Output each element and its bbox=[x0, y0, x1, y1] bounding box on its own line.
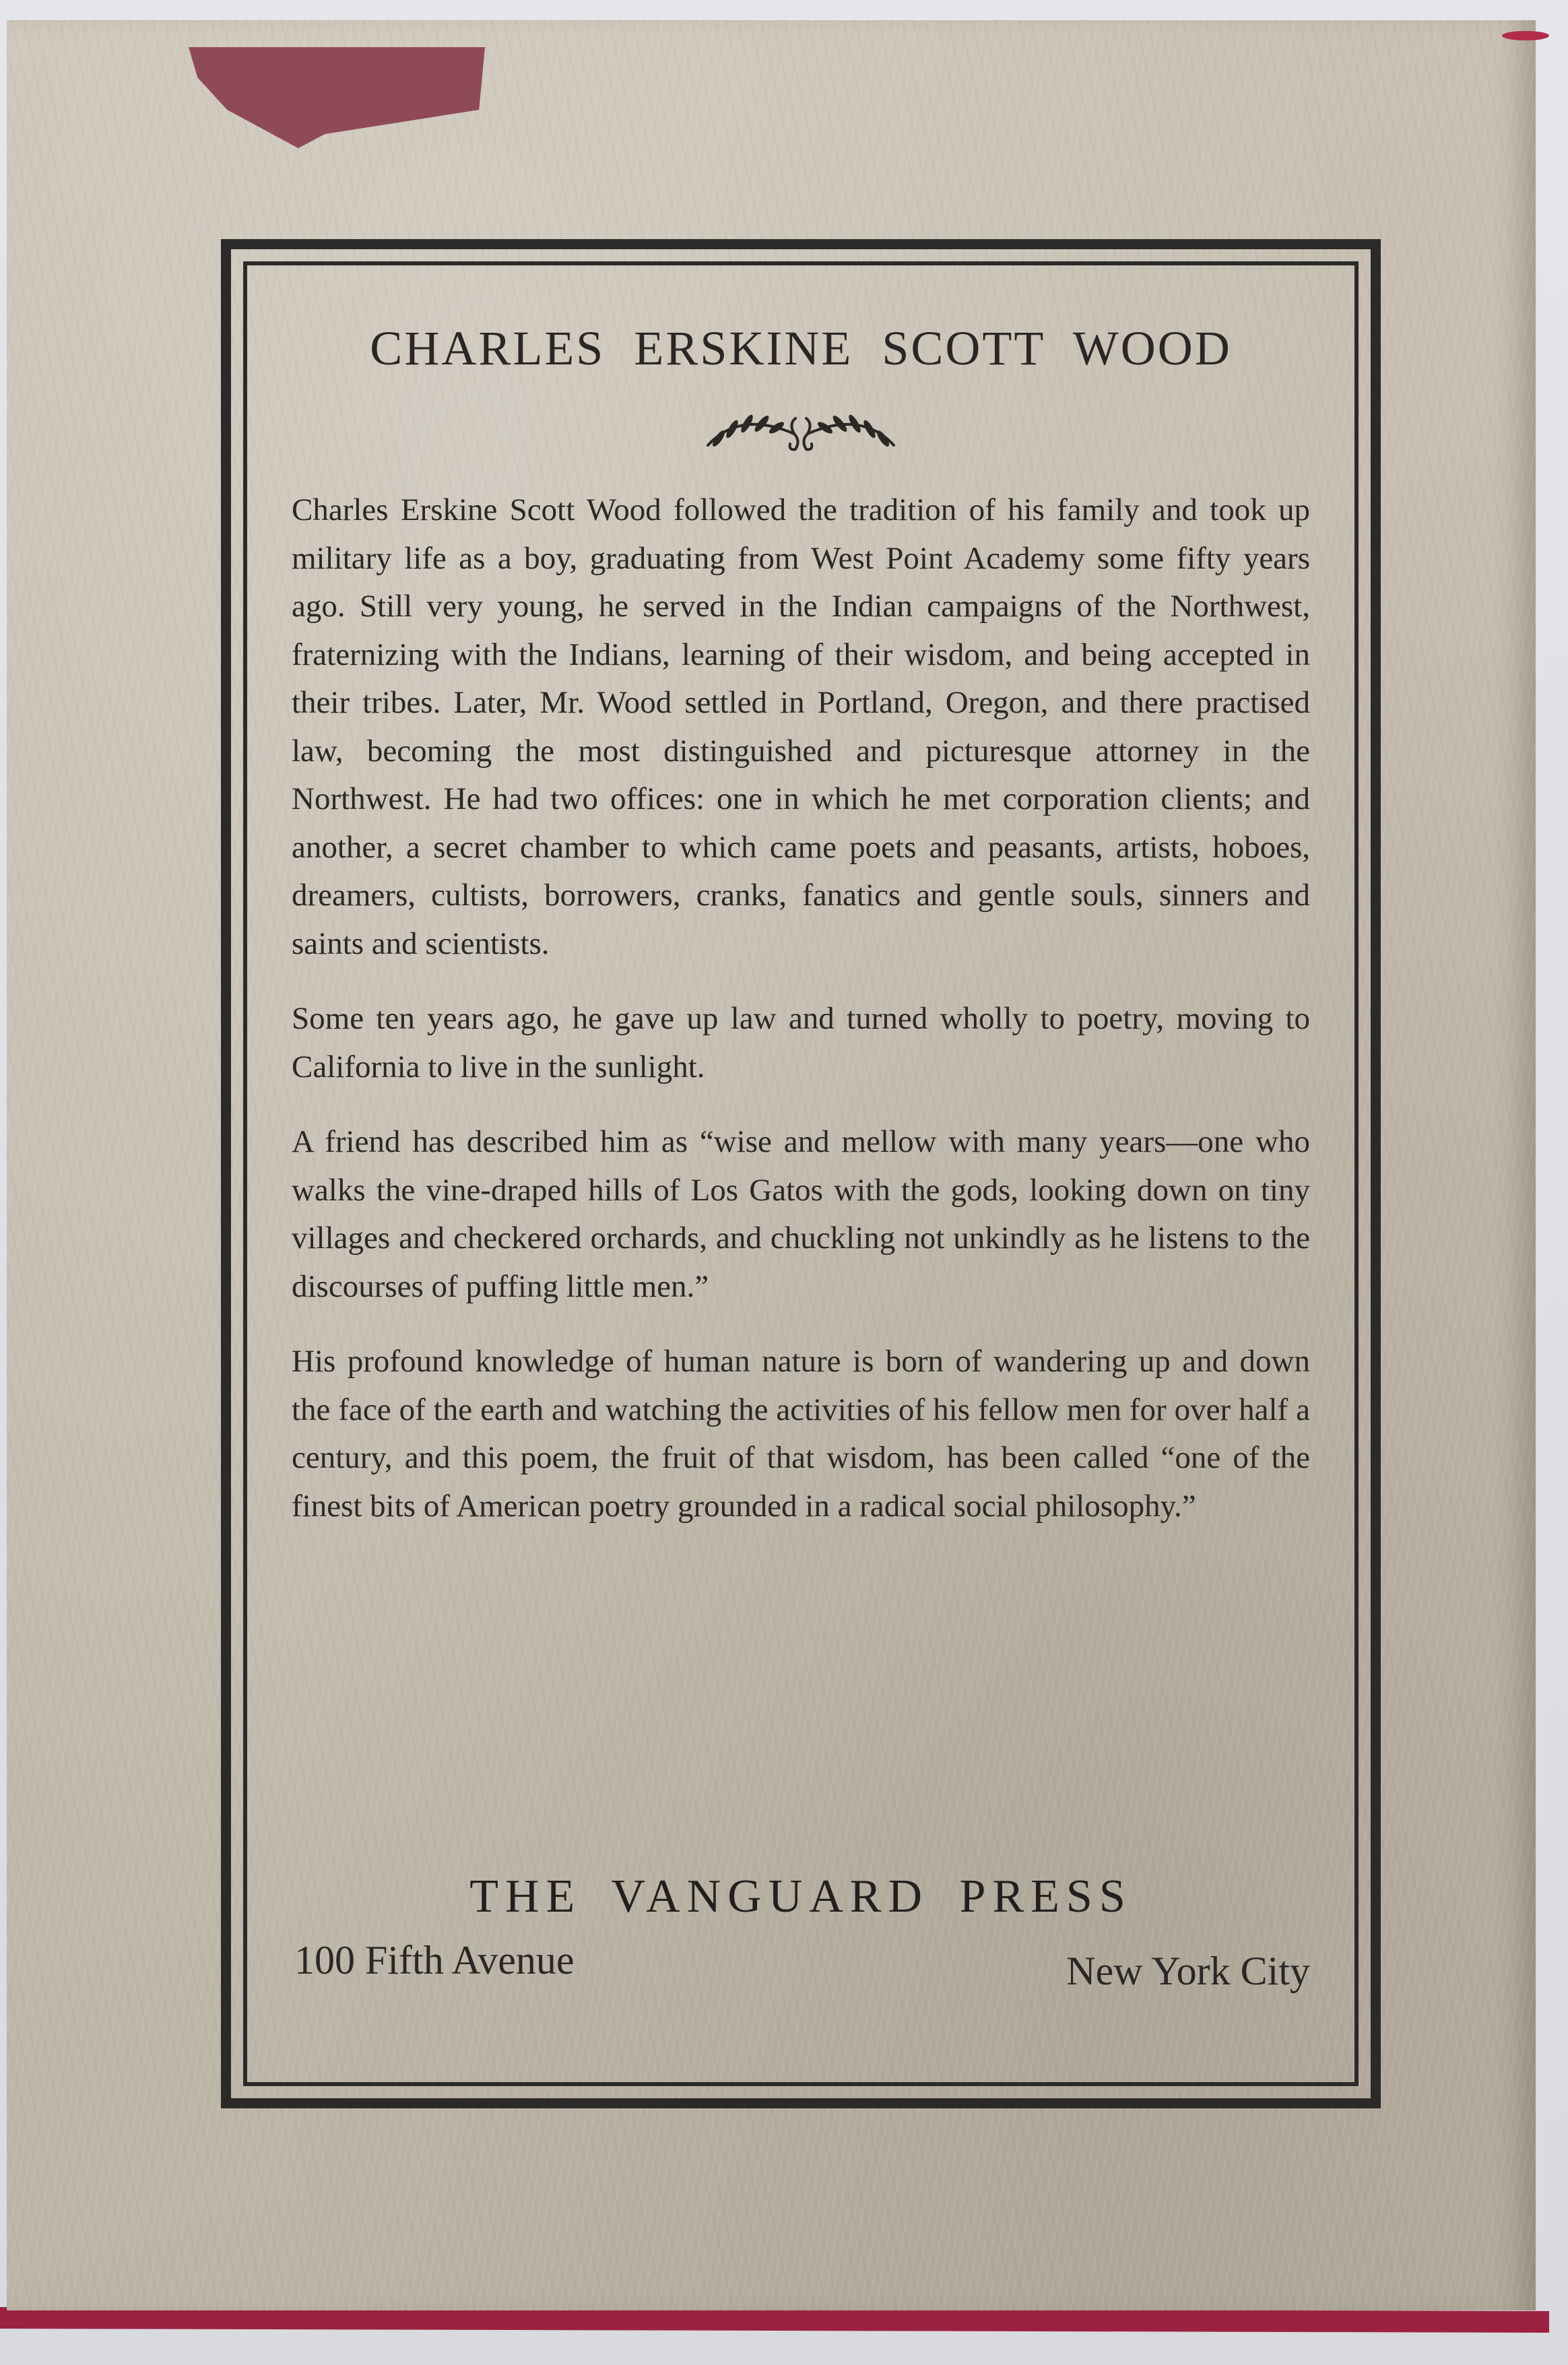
frame-content: CHARLES ERSKINE SCOTT WOOD bbox=[292, 317, 1310, 2058]
publisher-block: THE VANGUARD PRESS 100 Fifth Avenue New … bbox=[292, 1870, 1310, 1984]
publisher-city: New York City bbox=[1066, 1948, 1310, 1995]
publisher-address: 100 Fifth Avenue New York City bbox=[292, 1937, 1310, 1984]
author-title: CHARLES ERSKINE SCOTT WOOD bbox=[292, 317, 1310, 377]
biography-text: Charles Erskine Scott Wood followed the … bbox=[292, 486, 1310, 1530]
corner-chip bbox=[1502, 31, 1549, 40]
double-rule-frame: CHARLES ERSKINE SCOTT WOOD bbox=[221, 239, 1381, 2108]
paragraph-poetry: Some ten years ago, he gave up law and t… bbox=[292, 995, 1310, 1091]
paragraph-military-law: Charles Erskine Scott Wood followed the … bbox=[292, 486, 1310, 968]
paragraph-knowledge: His profound knowledge of human nature i… bbox=[292, 1338, 1310, 1530]
publisher-street: 100 Fifth Avenue bbox=[294, 1937, 575, 1984]
laurel-flourish-icon bbox=[700, 403, 902, 454]
book-cloth-binding-edge bbox=[0, 2307, 1549, 2333]
dust-jacket-back: CHARLES ERSKINE SCOTT WOOD bbox=[7, 20, 1536, 2310]
torn-corner-patch bbox=[189, 47, 485, 148]
publisher-name: THE VANGUARD PRESS bbox=[292, 1870, 1310, 1924]
paragraph-friend-quote: A friend has described him as “wise and … bbox=[292, 1118, 1310, 1311]
